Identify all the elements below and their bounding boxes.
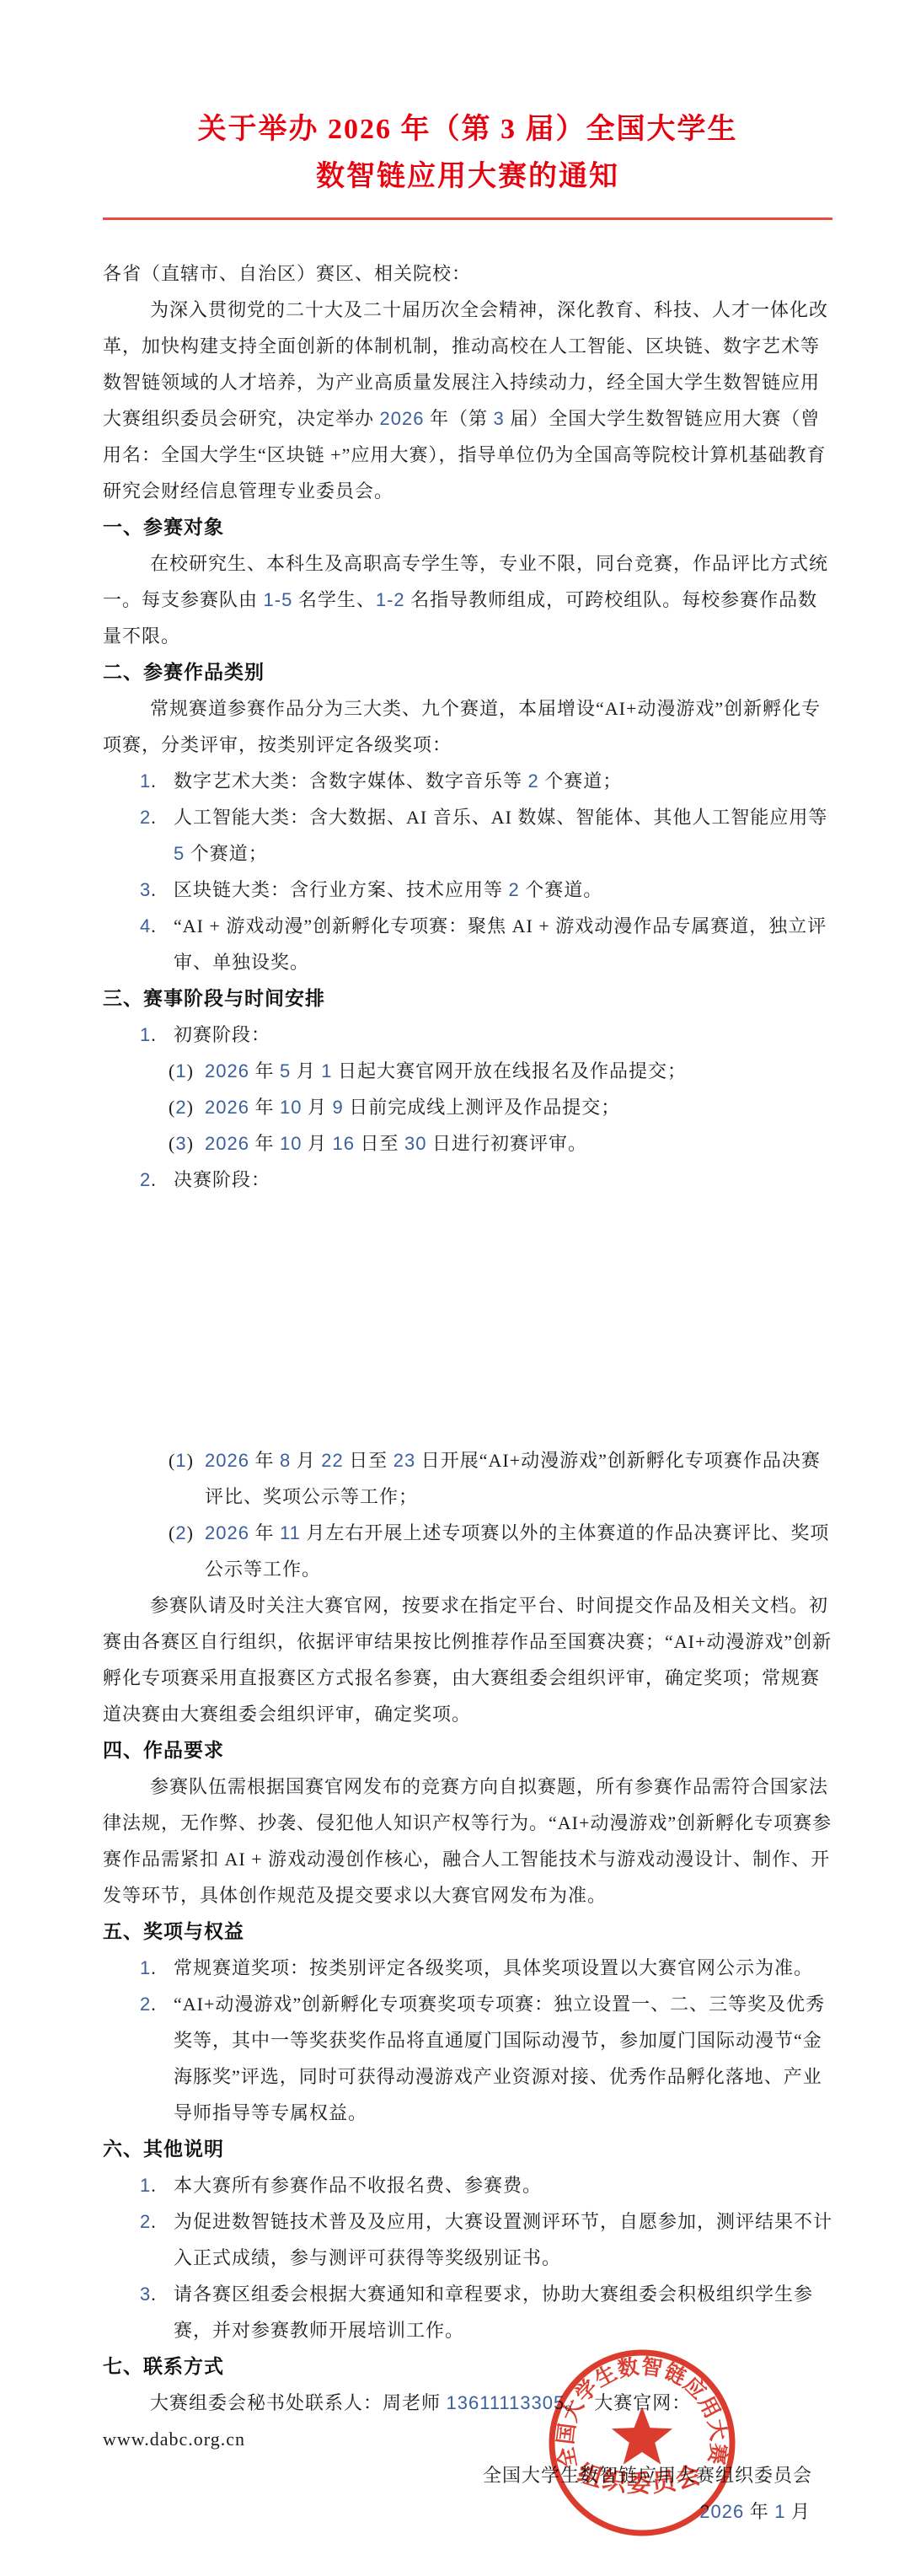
list-item: 3.请各赛区组委会根据大赛通知和章程要求，协助大赛组委会积极组织学生参赛，并对参… [103,2276,832,2348]
list-item-text: “AI + 游戏动漫”创新孵化专项赛：聚焦 AI + 游戏动漫作品专属赛道，独立… [174,915,827,973]
section-heading: 一、参赛对象 [103,509,832,545]
list-item: 2.为促进数智链技术普及及应用，大赛设置测评环节，自愿参加，测评结果不计入正式成… [103,2203,832,2276]
section-heading: 七、联系方式 [103,2348,832,2385]
sub-list-item: (3)2026 年 10 月 16 日至 30 日进行初赛评审。 [103,1125,832,1162]
document-page: 关于举办 2026 年（第 3 届）全国大学生 数智链应用大赛的通知 各省（直辖… [0,0,910,2576]
list-item: 1.本大赛所有参赛作品不收报名费、参赛费。 [103,2167,832,2203]
list-item-text: 数字艺术大类：含数字媒体、数字音乐等 2 个赛道； [174,770,622,792]
list-marker: 3. [140,2276,157,2312]
salutation: 各省（直辖市、自治区）赛区、相关院校： [103,255,832,292]
section-heading: 三、赛事阶段与时间安排 [103,980,832,1017]
list-item: 1.常规赛道奖项：按类别评定各级奖项，具体奖项设置以大赛官网公示为准。 [103,1950,832,1986]
list-item: 4.“AI + 游戏动漫”创新孵化专项赛：聚焦 AI + 游戏动漫作品专属赛道，… [103,908,832,980]
list-marker: (1) [169,1442,194,1479]
closing-block: 全国大学生数智链应用大赛组织委员会 2026 年 1 月 [103,2457,832,2530]
sub-list-item: (1)2026 年 5 月 1 日起大赛官网开放在线报名及作品提交； [103,1053,832,1089]
list-item-text: 2026 年 11 月左右开展上述专项赛以外的主体赛道的作品决赛评比、奖项公示等… [205,1522,829,1580]
list-marker: 2. [140,1986,157,2022]
section-heading: 二、参赛作品类别 [103,654,832,690]
paragraph: 大赛组委会秘书处联系人：周老师 13611113305。 大赛官网：www.da… [103,2385,832,2457]
list-item-text: 人工智能大类：含大数据、AI 音乐、AI 数媒、智能体、其他人工智能应用等 5 … [174,807,827,864]
signature-organization: 全国大学生数智链应用大赛组织委员会 [103,2457,832,2493]
document-body: 各省（直辖市、自治区）赛区、相关院校：为深入贯彻党的二十大及二十届历次全会精神，… [103,255,832,2457]
section-heading: 六、其他说明 [103,2131,832,2167]
list-item: 1.初赛阶段： [103,1017,832,1053]
section-heading: 四、作品要求 [103,1732,832,1768]
list-item-text: 本大赛所有参赛作品不收报名费、参赛费。 [174,2175,542,2196]
paragraph: 常规赛道参赛作品分为三大类、九个赛道，本届增设“AI+动漫游戏”创新孵化专项赛，… [103,690,832,763]
list-item-text: 决赛阶段： [174,1169,270,1190]
paragraph: 参赛队请及时关注大赛官网，按要求在指定平台、时间提交作品及相关文档。初赛由各赛区… [103,1587,832,1732]
list-item: 2.决赛阶段： [103,1162,832,1198]
list-marker: (3) [169,1125,194,1162]
document-title: 关于举办 2026 年（第 3 届）全国大学生 数智链应用大赛的通知 [103,106,832,201]
paragraph: 在校研究生、本科生及高职高专学生等，专业不限，同台竞赛，作品评比方式统一。每支参… [103,545,832,654]
list-marker: 4. [140,908,157,944]
list-marker: 2. [140,1162,157,1198]
document-title-line-2: 数智链应用大赛的通知 [103,153,832,201]
list-item: 3.区块链大类：含行业方案、技术应用等 2 个赛道。 [103,872,832,908]
list-marker: 1. [140,1017,157,1053]
list-marker: (2) [169,1515,194,1551]
list-item-text: 为促进数智链技术普及及应用，大赛设置测评环节，自愿参加，测评结果不计入正式成绩，… [174,2211,832,2268]
list-item-text: 区块链大类：含行业方案、技术应用等 2 个赛道。 [174,879,602,900]
list-item-text: 2026 年 5 月 1 日起大赛官网开放在线报名及作品提交； [205,1060,687,1081]
list-marker: (2) [169,1089,194,1125]
list-marker: 1. [140,763,157,799]
list-marker: 2. [140,799,157,835]
list-marker: 2. [140,2203,157,2240]
sub-list-item: (2)2026 年 10 月 9 日前完成线上测评及作品提交； [103,1089,832,1125]
list-item-text: 常规赛道奖项：按类别评定各级奖项，具体奖项设置以大赛官网公示为准。 [174,1957,813,1978]
page-break-gap [103,1198,832,1442]
list-item: 2.“AI+动漫游戏”创新孵化专项赛奖项专项赛：独立设置一、二、三等奖及优秀奖等… [103,1986,832,2131]
list-marker: 3. [140,872,157,908]
section-heading: 五、奖项与权益 [103,1913,832,1950]
signature-date: 2026 年 1 月 [103,2493,832,2530]
sub-list-item: (2)2026 年 11 月左右开展上述专项赛以外的主体赛道的作品决赛评比、奖项… [103,1515,832,1587]
list-marker: (1) [169,1053,194,1089]
document-title-line-1: 关于举办 2026 年（第 3 届）全国大学生 [103,106,832,153]
list-item: 1.数字艺术大类：含数字媒体、数字音乐等 2 个赛道； [103,763,832,799]
list-marker: 1. [140,2167,157,2203]
list-item-text: 2026 年 10 月 16 日至 30 日进行初赛评审。 [205,1133,587,1154]
paragraph: 为深入贯彻党的二十大及二十届历次全会精神，深化教育、科技、人才一体化改革，加快构… [103,292,832,509]
list-item-text: 2026 年 8 月 22 日至 23 日开展“AI+动漫游戏”创新孵化专项赛作… [205,1450,821,1507]
list-item-text: 请各赛区组委会根据大赛通知和章程要求，协助大赛组委会积极组织学生参赛，并对参赛教… [174,2284,813,2341]
paragraph: 参赛队伍需根据国赛官网发布的竞赛方向自拟赛题，所有参赛作品需符合国家法律法规，无… [103,1768,832,1913]
list-item-text: “AI+动漫游戏”创新孵化专项赛奖项专项赛：独立设置一、二、三等奖及优秀奖等，其… [174,1994,825,2123]
sub-list-item: (1)2026 年 8 月 22 日至 23 日开展“AI+动漫游戏”创新孵化专… [103,1442,832,1515]
list-item: 2.人工智能大类：含大数据、AI 音乐、AI 数媒、智能体、其他人工智能应用等 … [103,799,832,872]
list-marker: 1. [140,1950,157,1986]
list-item-text: 初赛阶段： [174,1024,270,1045]
document-content: 各省（直辖市、自治区）赛区、相关院校：为深入贯彻党的二十大及二十届历次全会精神，… [103,255,832,2530]
title-divider-line [103,217,832,220]
list-item-text: 2026 年 10 月 9 日前完成线上测评及作品提交； [205,1097,620,1118]
